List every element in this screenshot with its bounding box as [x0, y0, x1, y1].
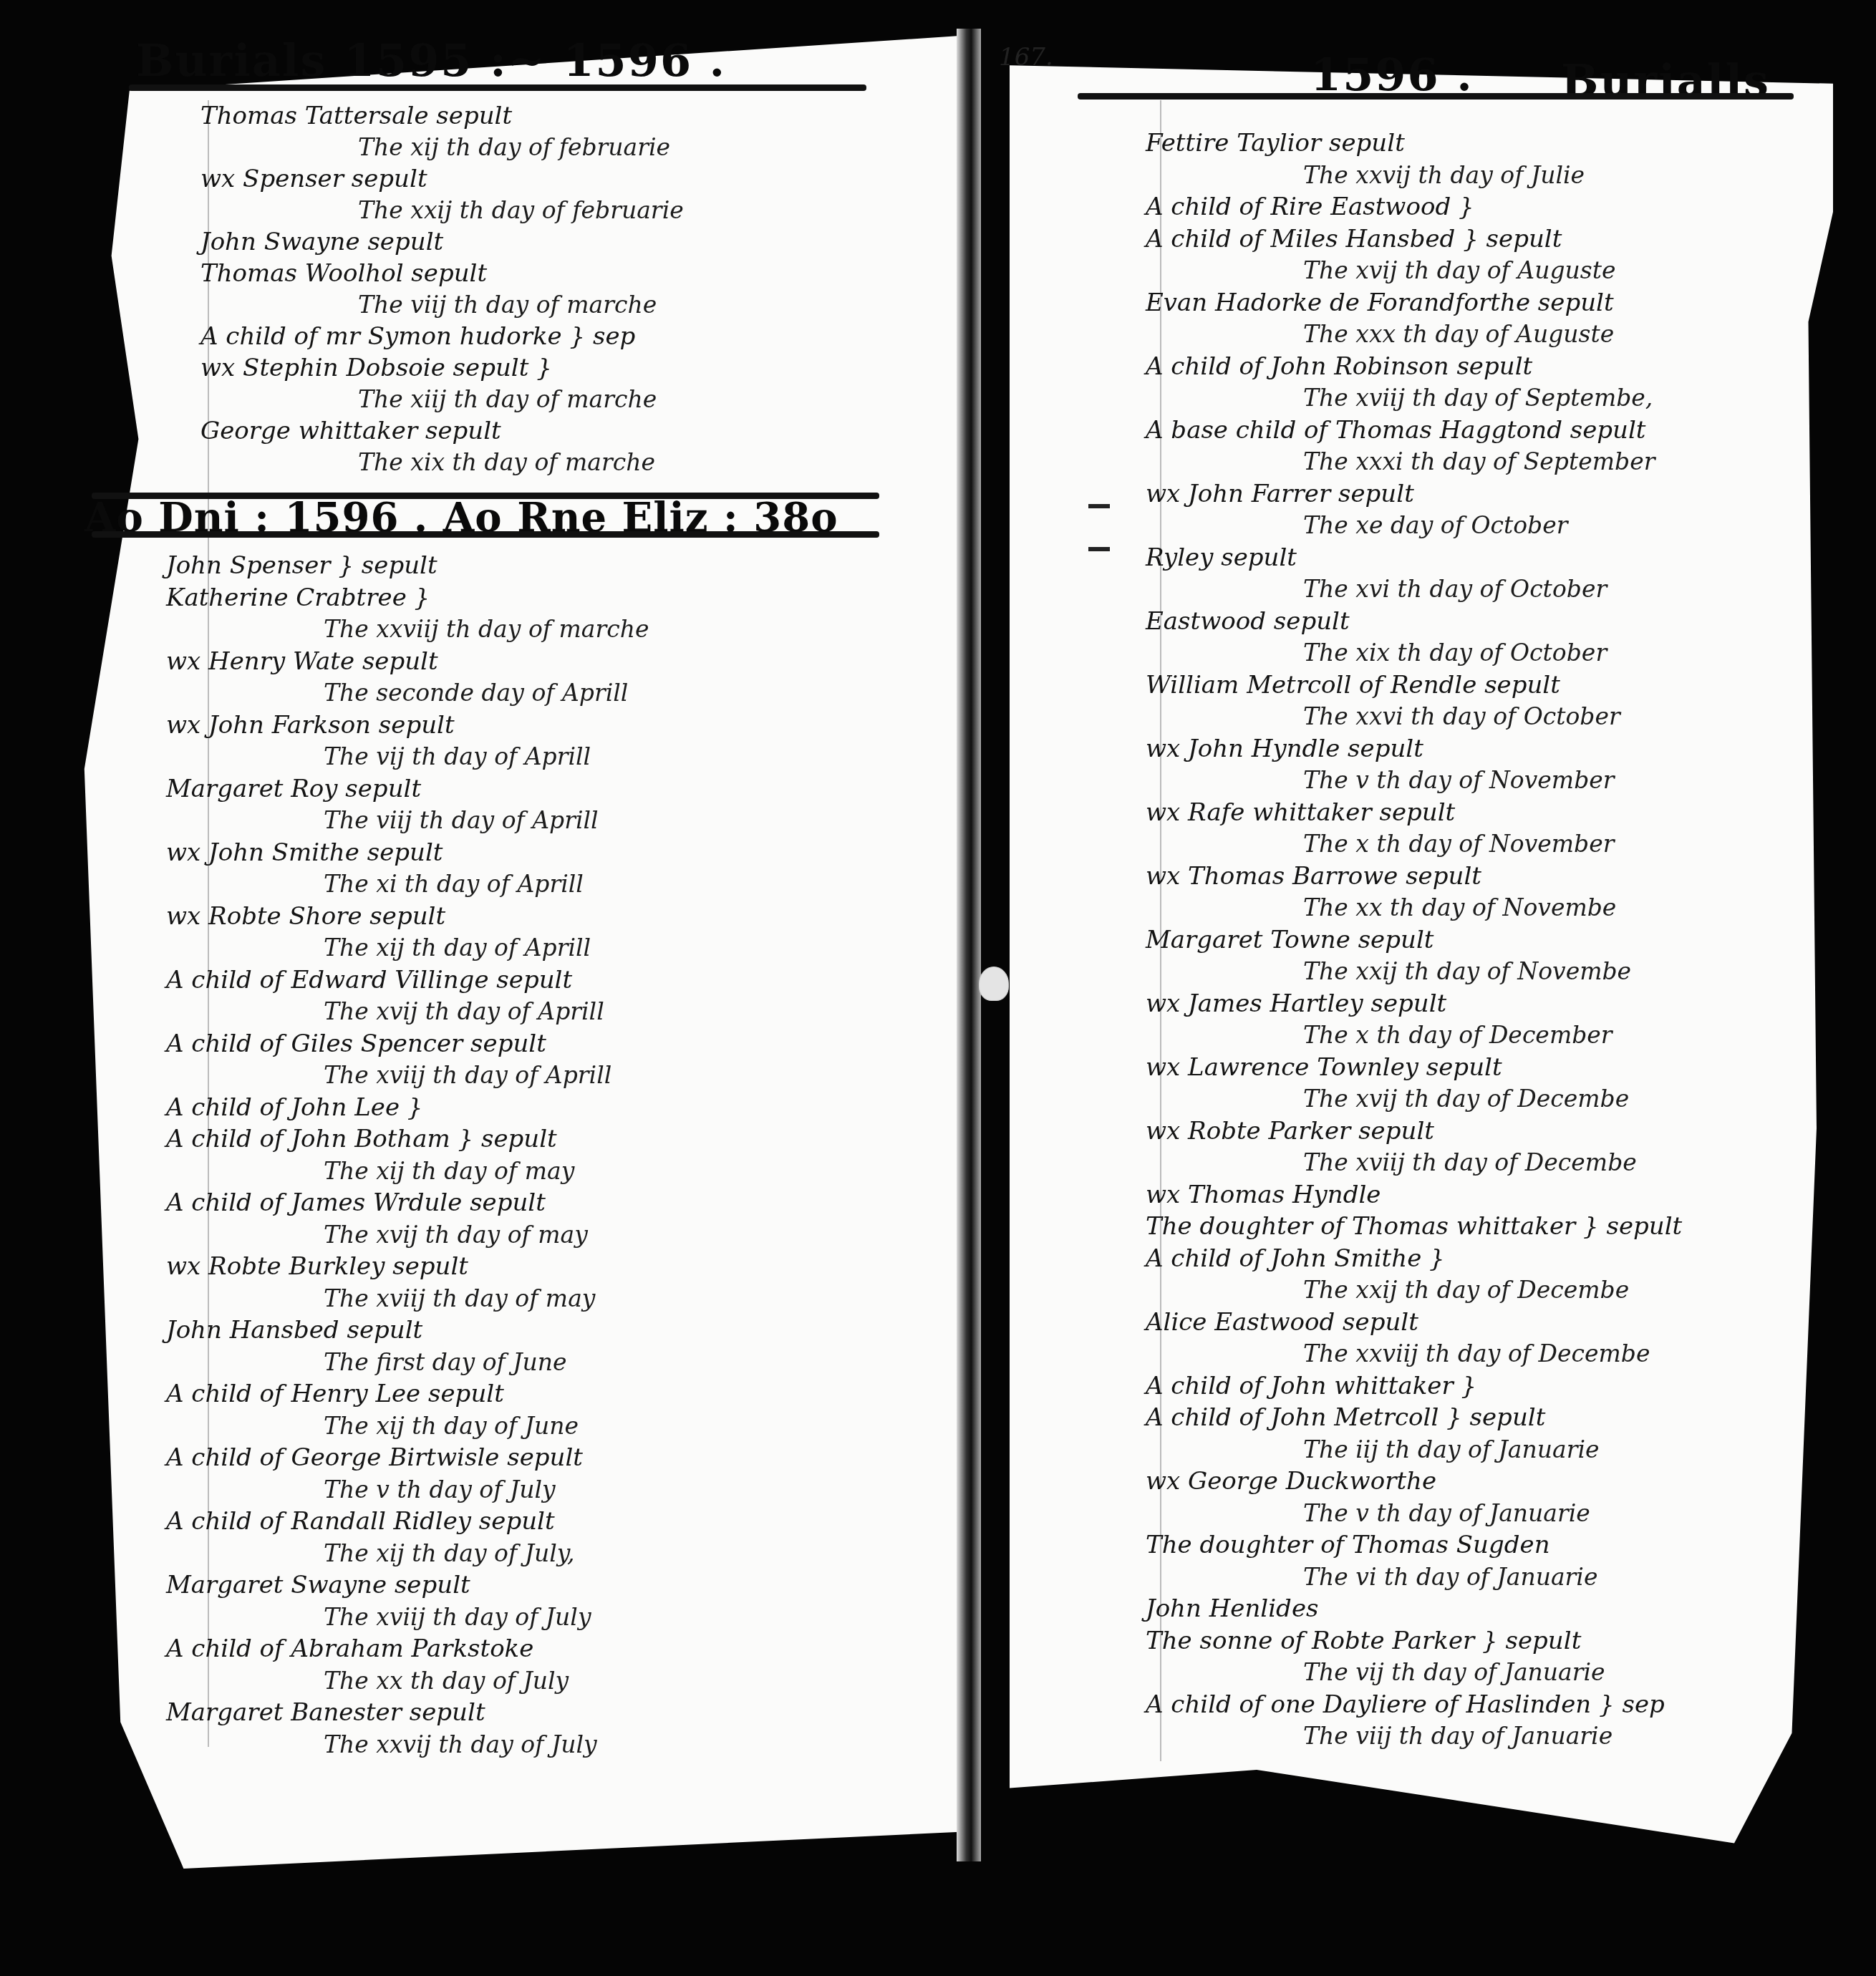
burial-date-line: The viij th day of Januarie	[1146, 1720, 1682, 1753]
burial-entry: A child of Miles Hansbed } sepult	[1146, 223, 1682, 256]
burial-date-line: The xx th day of July	[166, 1665, 649, 1697]
burial-date-line: The xij th day of Aprill	[166, 932, 649, 964]
burial-entry: Margaret Towne sepult	[1146, 924, 1682, 956]
burial-entry: A child of John Robinson sepult	[1146, 351, 1682, 383]
left-entries-1596: John Spenser } sepultKatherine Crabtree …	[166, 550, 649, 1761]
burial-entry: A child of Henry Lee sepult	[166, 1378, 649, 1410]
burial-date-line: The xxviij th day of Decembe	[1146, 1338, 1682, 1370]
burial-entry: wx John Farkson sepult	[166, 709, 649, 742]
burial-date-line: The xxij th day of februarie	[200, 195, 684, 226]
burial-entry: A child of mr Symon hudorke } sep	[200, 321, 684, 352]
burial-entry: Margaret Roy sepult	[166, 773, 649, 805]
burial-date-line: The xxij th day of Novembe	[1146, 956, 1682, 988]
burial-entry: Eastwood sepult	[1146, 606, 1682, 638]
burial-entry: John Hansbed sepult	[166, 1314, 649, 1347]
burial-date-line: The iij th day of Januarie	[1146, 1434, 1682, 1466]
burial-date-line: The xix th day of October	[1146, 637, 1682, 669]
paper-stain	[979, 967, 1009, 1001]
burial-entry: A child of John Smithe }	[1146, 1243, 1682, 1275]
burial-entry: wx Thomas Hyndle	[1146, 1179, 1682, 1211]
burial-entry: A child of one Dayliere of Haslinden } s…	[1146, 1689, 1682, 1721]
burial-entry: wx Stephin Dobsoie sepult }	[200, 352, 684, 384]
burial-date-line: The xe day of October	[1146, 510, 1682, 542]
burial-date-line: The xxviij th day of marche	[166, 614, 649, 646]
burial-entry: A child of John Botham } sepult	[166, 1123, 649, 1156]
burial-entry: wx Lawrence Townley sepult	[1146, 1052, 1682, 1084]
burial-entry: A child of James Wrdule sepult	[166, 1187, 649, 1219]
left-entries-1595: Thomas Tattersale sepultThe xij th day o…	[200, 100, 684, 478]
burial-entry: A child of John Metrcoll } sepult	[1146, 1402, 1682, 1434]
burial-date-line: The first day of June	[166, 1347, 649, 1379]
burial-date-line: The v th day of November	[1146, 765, 1682, 797]
burial-date-line: The xvij th day of Aprill	[166, 996, 649, 1028]
burial-date-line: The xviij th day of July	[166, 1602, 649, 1634]
burial-entry: A child of Randall Ridley sepult	[166, 1506, 649, 1538]
burial-entry: Thomas Tattersale sepult	[200, 100, 684, 132]
burial-entry: wx George Duckworthe	[1146, 1466, 1682, 1498]
burial-entry: wx Spenser sepult	[200, 163, 684, 195]
burial-entry: The doughter of Thomas whittaker } sepul…	[1146, 1211, 1682, 1243]
burial-date-line: The viij th day of Aprill	[166, 805, 649, 837]
burial-entry: wx John Smithe sepult	[166, 837, 649, 869]
burial-date-line: The vi th day of Januarie	[1146, 1561, 1682, 1594]
burial-date-line: The xvij th day of Decembe	[1146, 1083, 1682, 1115]
burial-date-line: The xij th day of may	[166, 1156, 649, 1188]
burial-date-line: The seconde day of Aprill	[166, 677, 649, 709]
burial-date-line: The xxvij th day of July	[166, 1729, 649, 1761]
burial-entry: wx Robte Parker sepult	[1146, 1115, 1682, 1148]
regnal-rule-bottom	[92, 531, 879, 538]
burial-date-line: The xviij th day of may	[166, 1283, 649, 1315]
burial-entry: A child of Abraham Parkstoke	[166, 1633, 649, 1665]
burial-entry: The sonne of Robte Parker } sepult	[1146, 1625, 1682, 1657]
burial-date-line: The xx th day of Novembe	[1146, 892, 1682, 924]
burial-entry: Katherine Crabtree }	[166, 582, 649, 614]
burial-date-line: The vij th day of Januarie	[1146, 1657, 1682, 1689]
burial-entry: William Metrcoll of Rendle sepult	[1146, 669, 1682, 702]
burial-date-line: The v th day of Januarie	[1146, 1498, 1682, 1530]
burial-entry: A child of Giles Spencer sepult	[166, 1028, 649, 1060]
burial-entry: A child of John whittaker }	[1146, 1370, 1682, 1403]
left-page-heading: Burials 1595 :~ 1596 .	[136, 34, 726, 87]
burial-date-line: The xvij th day of Auguste	[1146, 255, 1682, 287]
burial-entry: wx Thomas Barrowe sepult	[1146, 861, 1682, 893]
margin-dash	[1088, 504, 1110, 508]
burial-entry: Alice Eastwood sepult	[1146, 1307, 1682, 1339]
burial-date-line: The v th day of July	[166, 1474, 649, 1506]
burial-entry: wx James Hartley sepult	[1146, 988, 1682, 1020]
burial-entry: A child of Rire Eastwood }	[1146, 191, 1682, 223]
burial-date-line: The xviij th day of Decembe	[1146, 1147, 1682, 1179]
burial-date-line: The xij th day of July,	[166, 1538, 649, 1570]
burial-date-line: The x th day of December	[1146, 1020, 1682, 1052]
burial-date-line: The xi th day of Aprill	[166, 868, 649, 901]
burial-entry: wx Robte Burkley sepult	[166, 1251, 649, 1283]
burial-date-line: The xxx th day of Auguste	[1146, 319, 1682, 351]
burial-entry: A child of John Lee }	[166, 1092, 649, 1124]
burial-entry: wx John Hyndle sepult	[1146, 733, 1682, 765]
margin-dash	[1088, 547, 1110, 551]
burial-entry: The doughter of Thomas Sugden	[1146, 1529, 1682, 1561]
burial-date-line: The xij th day of June	[166, 1410, 649, 1443]
burial-entry: wx Henry Wate sepult	[166, 646, 649, 678]
burial-entry: wx Rafe whittaker sepult	[1146, 797, 1682, 829]
burial-date-line: The xvi th day of October	[1146, 573, 1682, 606]
right-entries: Fettire Taylior sepultThe xxvij th day o…	[1146, 127, 1682, 1753]
burial-date-line: The xxvi th day of October	[1146, 701, 1682, 733]
folio-number: 167.	[999, 43, 1053, 72]
right-heading-rule	[1078, 93, 1794, 100]
burial-entry: John Swayne sepult	[200, 226, 684, 258]
burial-date-line: The xvij th day of may	[166, 1219, 649, 1251]
burial-date-line: The vij th day of Aprill	[166, 741, 649, 773]
burial-entry: A base child of Thomas Haggtond sepult	[1146, 415, 1682, 447]
burial-entry: A child of Edward Villinge sepult	[166, 964, 649, 997]
burial-entry: Evan Hadorke de Forandforthe sepult	[1146, 287, 1682, 319]
burial-date-line: The xviij th day of Aprill	[166, 1060, 649, 1092]
burial-entry: Ryley sepult	[1146, 542, 1682, 574]
burial-entry: wx Robte Shore sepult	[166, 901, 649, 933]
burial-date-line: The xij th day of februarie	[200, 132, 684, 163]
burial-date-line: The x th day of November	[1146, 828, 1682, 861]
burial-entry: Thomas Woolhol sepult	[200, 258, 684, 289]
burial-entry: wx John Farrer sepult	[1146, 478, 1682, 510]
burial-date-line: The xxij th day of Decembe	[1146, 1274, 1682, 1307]
burial-entry: John Henlides	[1146, 1593, 1682, 1625]
burial-date-line: The xxxi th day of September	[1146, 446, 1682, 478]
book-gutter	[957, 29, 981, 1861]
burial-entry: George whittaker sepult	[200, 415, 684, 447]
burial-entry: John Spenser } sepult	[166, 550, 649, 582]
burial-entry: Margaret Swayne sepult	[166, 1569, 649, 1602]
burial-date-line: The viij th day of marche	[200, 289, 684, 321]
burial-date-line: The xxvij th day of Julie	[1146, 160, 1682, 192]
burial-date-line: The xiij th day of marche	[200, 384, 684, 415]
burial-entry: Margaret Banester sepult	[166, 1697, 649, 1729]
burial-date-line: The xviij th day of Septembe,	[1146, 382, 1682, 415]
burial-entry: Fettire Taylior sepult	[1146, 127, 1682, 160]
burial-entry: A child of George Birtwisle sepult	[166, 1442, 649, 1474]
burial-date-line: The xix th day of marche	[200, 447, 684, 478]
